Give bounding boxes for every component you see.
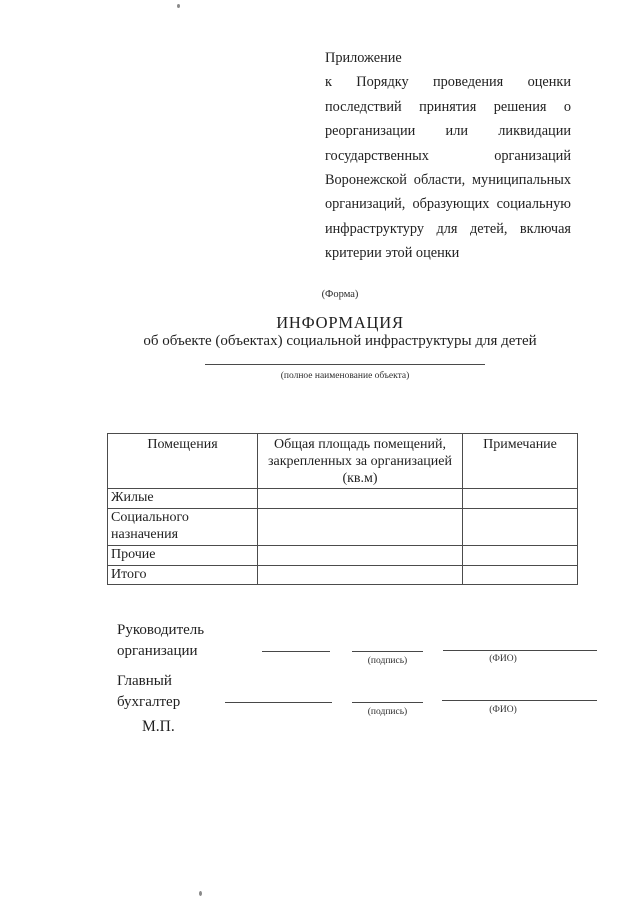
annex-line: инфраструктуру для детей, включая <box>325 217 571 241</box>
table-header-row: Помещения Общая площадь помещений, закре… <box>108 434 578 489</box>
area-cell <box>258 545 463 565</box>
document-subtitle: об объекте (объектах) социальной инфраст… <box>40 333 640 350</box>
column-header-premises: Помещения <box>108 434 258 489</box>
name-blank-line <box>442 700 597 701</box>
row-label: Социального назначения <box>108 509 258 546</box>
scanned-document-page: Приложение к Порядку проведения оценки п… <box>0 0 640 905</box>
object-name-caption: (полное наименование объекта) <box>205 371 485 381</box>
table-row: Социального назначения <box>108 509 578 546</box>
note-cell <box>463 489 578 509</box>
row-label: Итого <box>108 565 258 585</box>
form-label: (Форма) <box>40 289 640 300</box>
annex-reference-block: Приложение к Порядку проведения оценки п… <box>325 46 571 266</box>
annex-line: последствий принятия решения о <box>325 95 571 119</box>
annex-line: реорганизации или ликвидации <box>325 119 571 143</box>
row-label: Прочие <box>108 545 258 565</box>
table-row: Прочие <box>108 545 578 565</box>
annex-line: к Порядку проведения оценки <box>325 70 571 94</box>
column-header-area: Общая площадь помещений, закрепленных за… <box>258 434 463 489</box>
table-row: Итого <box>108 565 578 585</box>
signature-blank-line <box>352 651 423 652</box>
note-cell <box>463 545 578 565</box>
document-title: ИНФОРМАЦИЯ <box>40 313 640 333</box>
annex-line: государственных организаций <box>325 144 571 168</box>
name-caption: (ФИО) <box>443 705 563 715</box>
name-blank-line <box>443 650 597 651</box>
annex-line: Воронежской области, муниципальных <box>325 168 571 192</box>
table-row: Жилые <box>108 489 578 509</box>
signature-blank-line <box>352 702 423 703</box>
scan-speck <box>199 891 202 896</box>
annex-line: Приложение <box>325 46 571 70</box>
signatory-role-director: Руководитель организации <box>117 620 233 662</box>
note-cell <box>463 509 578 546</box>
area-cell <box>258 565 463 585</box>
signature-blank-line <box>225 702 332 703</box>
signature-blank-line <box>262 651 330 652</box>
signature-caption: (подпись) <box>352 656 423 666</box>
column-header-note: Примечание <box>463 434 578 489</box>
signature-caption: (подпись) <box>352 707 423 717</box>
signatory-role-accountant: Главный бухгалтер <box>117 671 233 713</box>
annex-line: критерии этой оценки <box>325 241 571 265</box>
name-caption: (ФИО) <box>443 654 563 664</box>
object-name-blank-line <box>205 364 485 365</box>
premises-table: Помещения Общая площадь помещений, закре… <box>107 433 578 585</box>
area-cell <box>258 489 463 509</box>
stamp-place-label: М.П. <box>142 718 175 736</box>
scan-speck <box>177 4 180 8</box>
area-cell <box>258 509 463 546</box>
note-cell <box>463 565 578 585</box>
annex-line: организаций, образующих социальную <box>325 192 571 216</box>
row-label: Жилые <box>108 489 258 509</box>
